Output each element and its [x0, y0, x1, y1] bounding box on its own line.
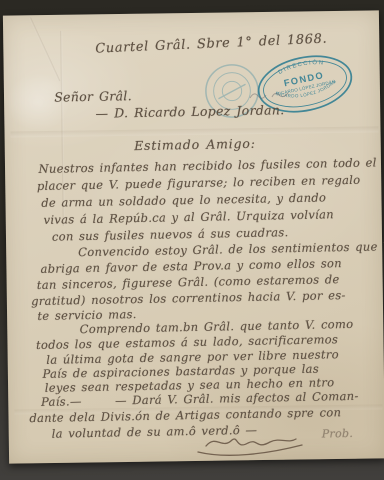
salutation: Estimado Amigo: — [134, 136, 256, 153]
letter-line: País.— — [41, 394, 82, 409]
dateline: Cuartel Grâl. Sbre 1° del 1868. — [95, 32, 327, 57]
handwriting-layer: Cuartel Grâl. Sbre 1° del 1868. Señor Gr… — [0, 0, 384, 480]
letter-line: de arma un soldado que lo necesita, y da… — [41, 190, 326, 209]
pencil-annotation: Prob. — [322, 427, 354, 441]
photo-background: DIRECCIÓN FONDO RICARDO LÓPEZ JORDÁN RIC… — [0, 0, 384, 480]
signature-flourish — [192, 430, 308, 458]
letter-line: vivas á la Repúb.ca y al Grâl. Urquiza v… — [43, 207, 334, 227]
addressee-title: Señor Grâl. — [54, 88, 132, 104]
addressee-name: — D. Ricardo Lopez Jordan. — [95, 102, 284, 121]
